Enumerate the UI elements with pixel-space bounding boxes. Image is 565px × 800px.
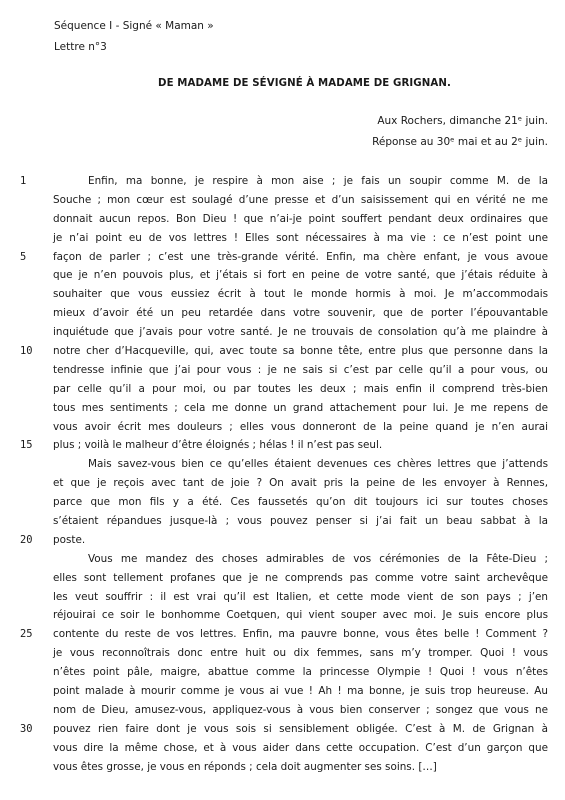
line-text: plus ; voilà le malheur d’être éloignés … bbox=[53, 436, 548, 455]
text-line: Vous me mandez des choses admirables de … bbox=[53, 550, 548, 569]
line-text: mieux d’avoir été un peu retardée dans v… bbox=[53, 304, 548, 323]
text-line: par celle qu’il a pour moi, ou par toute… bbox=[53, 380, 548, 399]
letter-title: DE MADAME DE SÉVIGNÉ À MADAME DE GRIGNAN… bbox=[0, 78, 565, 89]
text-line: je n’ai point eu de vos lettres ! Elles … bbox=[53, 229, 548, 248]
line-number: 5 bbox=[20, 248, 26, 267]
text-line: inquiétude que j’avais pour votre santé.… bbox=[53, 323, 548, 342]
text-line: vous êtes grosse, je vous en réponds ; c… bbox=[53, 758, 548, 777]
text-line: mieux d’avoir été un peu retardée dans v… bbox=[53, 304, 548, 323]
line-text: tendresse infinie que j’ai pour vous : j… bbox=[53, 361, 548, 380]
line-text: s’étaient répandues jusque-là ; vous pou… bbox=[53, 512, 548, 531]
line-text: parce que mon fils y a été. Ces fausseté… bbox=[53, 493, 548, 512]
line-text: donnait aucun repos. Bon Dieu ! que n’ai… bbox=[53, 210, 548, 229]
text-line: n’êtes point pâle, maigre, abattue comme… bbox=[53, 663, 548, 682]
line-text: je n’ai point eu de vos lettres ! Elles … bbox=[53, 229, 548, 248]
line-text: tous mes sentiments ; cela me donne un g… bbox=[53, 399, 548, 418]
text-line: que je n’en pouvois plus, et j’étais si … bbox=[53, 266, 548, 285]
text-line: Mais savez-vous bien ce qu’elles étaient… bbox=[53, 455, 548, 474]
text-line: réjouirai ce soir le bonhomme Coetquen, … bbox=[53, 606, 548, 625]
line-text: façon de parler ; c’est une très-grande … bbox=[53, 248, 548, 267]
letter-number: Lettre n°3 bbox=[54, 41, 107, 53]
letter-body: 1Enfin, ma bonne, je respire à mon aise … bbox=[53, 172, 548, 777]
text-line: et que je reçois avec tant de joie ? On … bbox=[53, 474, 548, 493]
line-text: vous avoir écrit mes douleurs ; elles vo… bbox=[53, 418, 548, 437]
text-line: je vous reconnoîtrais donc entre huit ou… bbox=[53, 644, 548, 663]
text-line: 15plus ; voilà le malheur d’être éloigné… bbox=[53, 436, 548, 455]
text-line: tous mes sentiments ; cela me donne un g… bbox=[53, 399, 548, 418]
line-number: 30 bbox=[20, 720, 33, 739]
text-line: 1Enfin, ma bonne, je respire à mon aise … bbox=[53, 172, 548, 191]
text-line: vous dire la même chose, et à vous aider… bbox=[53, 739, 548, 758]
line-text: Enfin, ma bonne, je respire à mon aise ;… bbox=[88, 172, 548, 191]
line-text: je vous reconnoîtrais donc entre huit ou… bbox=[53, 644, 548, 663]
reply-note: Réponse au 30ᵉ mai et au 2ᵉ juin. bbox=[372, 136, 548, 148]
line-text: Souche ; mon cœur est soulagé d’une pres… bbox=[53, 191, 548, 210]
text-line: 10notre cher d’Hacqueville, qui, avec to… bbox=[53, 342, 548, 361]
line-number: 25 bbox=[20, 625, 33, 644]
line-text: vous dire la même chose, et à vous aider… bbox=[53, 739, 548, 758]
line-text: inquiétude que j’avais pour votre santé.… bbox=[53, 323, 548, 342]
line-number: 20 bbox=[20, 531, 33, 550]
line-text: que je n’en pouvois plus, et j’étais si … bbox=[53, 266, 548, 285]
line-text: nom de Dieu, amusez-vous, appliquez-vous… bbox=[53, 701, 548, 720]
line-text: point malade à mourir comme je vous ai v… bbox=[53, 682, 548, 701]
text-line: 30pouvez rien faire dont je vous sois si… bbox=[53, 720, 548, 739]
sequence-heading: Séquence I - Signé « Maman » bbox=[54, 20, 214, 32]
line-text: pouvez rien faire dont je vous sois si s… bbox=[53, 720, 548, 739]
place-date: Aux Rochers, dimanche 21ᵉ juin. bbox=[377, 115, 548, 127]
line-text: Mais savez-vous bien ce qu’elles étaient… bbox=[88, 455, 548, 474]
line-text: elles sont tellement profanes que je ne … bbox=[53, 569, 548, 588]
line-text: vous êtes grosse, je vous en réponds ; c… bbox=[53, 758, 548, 777]
text-line: elles sont tellement profanes que je ne … bbox=[53, 569, 548, 588]
line-text: les veut souffrir : il est vrai qu’il es… bbox=[53, 588, 548, 607]
line-number: 10 bbox=[20, 342, 33, 361]
text-line: tendresse infinie que j’ai pour vous : j… bbox=[53, 361, 548, 380]
line-text: n’êtes point pâle, maigre, abattue comme… bbox=[53, 663, 548, 682]
line-text: poste. bbox=[53, 531, 548, 550]
line-text: et que je reçois avec tant de joie ? On … bbox=[53, 474, 548, 493]
text-line: point malade à mourir comme je vous ai v… bbox=[53, 682, 548, 701]
line-text: Vous me mandez des choses admirables de … bbox=[88, 550, 548, 569]
text-line: 5façon de parler ; c’est une très-grande… bbox=[53, 248, 548, 267]
text-line: donnait aucun repos. Bon Dieu ! que n’ai… bbox=[53, 210, 548, 229]
line-text: contente du reste de vos lettres. Enfin,… bbox=[53, 625, 548, 644]
text-line: s’étaient répandues jusque-là ; vous pou… bbox=[53, 512, 548, 531]
line-text: souhaiter que vous eussiez écrit à tout … bbox=[53, 285, 548, 304]
text-line: vous avoir écrit mes douleurs ; elles vo… bbox=[53, 418, 548, 437]
line-text: notre cher d’Hacqueville, qui, avec tout… bbox=[53, 342, 548, 361]
text-line: nom de Dieu, amusez-vous, appliquez-vous… bbox=[53, 701, 548, 720]
line-number: 15 bbox=[20, 436, 33, 455]
line-text: par celle qu’il a pour moi, ou par toute… bbox=[53, 380, 548, 399]
line-text: réjouirai ce soir le bonhomme Coetquen, … bbox=[53, 606, 548, 625]
text-line: parce que mon fils y a été. Ces fausseté… bbox=[53, 493, 548, 512]
line-number: 1 bbox=[20, 172, 26, 191]
text-line: les veut souffrir : il est vrai qu’il es… bbox=[53, 588, 548, 607]
text-line: 25contente du reste de vos lettres. Enfi… bbox=[53, 625, 548, 644]
text-line: 20poste. bbox=[53, 531, 548, 550]
text-line: Souche ; mon cœur est soulagé d’une pres… bbox=[53, 191, 548, 210]
text-line: souhaiter que vous eussiez écrit à tout … bbox=[53, 285, 548, 304]
